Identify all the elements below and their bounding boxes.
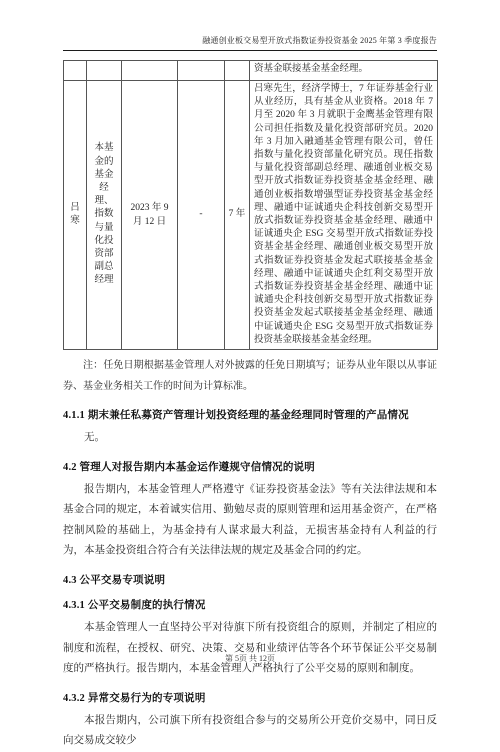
paragraph-4-3-1: 本基金管理人一直坚持公平对待旗下所有投资组合的原则，并制定了相应的制度和流程，在… <box>63 618 437 680</box>
table-row-manager: 吕寒 本基金的基金经理、指数与量化投资部副总经理 2023 年 9 月 12 日… <box>64 81 438 350</box>
cell-manager-position: 本基金的基金经理、指数与量化投资部副总经理 <box>87 81 122 350</box>
cell-departure-date: - <box>178 81 225 350</box>
cell-appointed-date: 2023 年 9 月 12 日 <box>122 81 178 350</box>
table-row-carryover: 资基金联接基金基金经理。 <box>64 61 438 81</box>
heading-4-2: 4.2 管理人对报告期内本基金运作遵规守信情况的说明 <box>63 459 437 474</box>
table-note: 注：任免日期根据基金管理人对外披露的任免日期填写；证券从业年限以从事证券、基金业… <box>63 355 437 397</box>
paragraph-4-2: 报告期内，本基金管理人严格遵守《证券投资基金法》等有关法律法规和本基金合同的规定… <box>63 480 437 562</box>
cell-empty <box>64 61 87 81</box>
paragraph-4-3-2: 本报告期内，公司旗下所有投资组合参与的交易所公开竞价交易中，同日反向交易成交较少 <box>63 711 437 752</box>
cell-empty <box>122 61 178 81</box>
heading-4-1-1: 4.1.1 期末兼任私募资产管理计划投资经理的基金经理同时管理的产品情况 <box>63 407 437 422</box>
cell-carryover-text: 资基金联接基金基金经理。 <box>250 61 438 81</box>
cell-manager-name: 吕寒 <box>64 81 87 350</box>
paragraph-4-1-1: 无。 <box>63 428 437 449</box>
page-number-footer: 第 5页 共 12页 <box>0 653 500 664</box>
cell-experience-years: 7 年 <box>225 81 250 350</box>
heading-4-3: 4.3 公平交易专项说明 <box>63 572 437 587</box>
cell-empty <box>178 61 225 81</box>
heading-4-3-2: 4.3.2 异常交易行为的专项说明 <box>63 690 437 705</box>
heading-4-3-1: 4.3.1 公平交易制度的执行情况 <box>63 597 437 612</box>
cell-manager-bio: 吕寒先生，经济学博士，7 年证券基金行业从业经历，具有基金从业资格。2018 年… <box>250 81 438 350</box>
page-content: 融通创业板交易型开放式指数证券投资基金 2025 年第 3 季度报告 资基金联接… <box>0 0 500 752</box>
fund-manager-table: 资基金联接基金基金经理。 吕寒 本基金的基金经理、指数与量化投资部副总经理 20… <box>63 60 438 350</box>
running-header-title: 融通创业板交易型开放式指数证券投资基金 2025 年第 3 季度报告 <box>63 0 437 51</box>
cell-empty <box>225 61 250 81</box>
cell-empty <box>87 61 122 81</box>
